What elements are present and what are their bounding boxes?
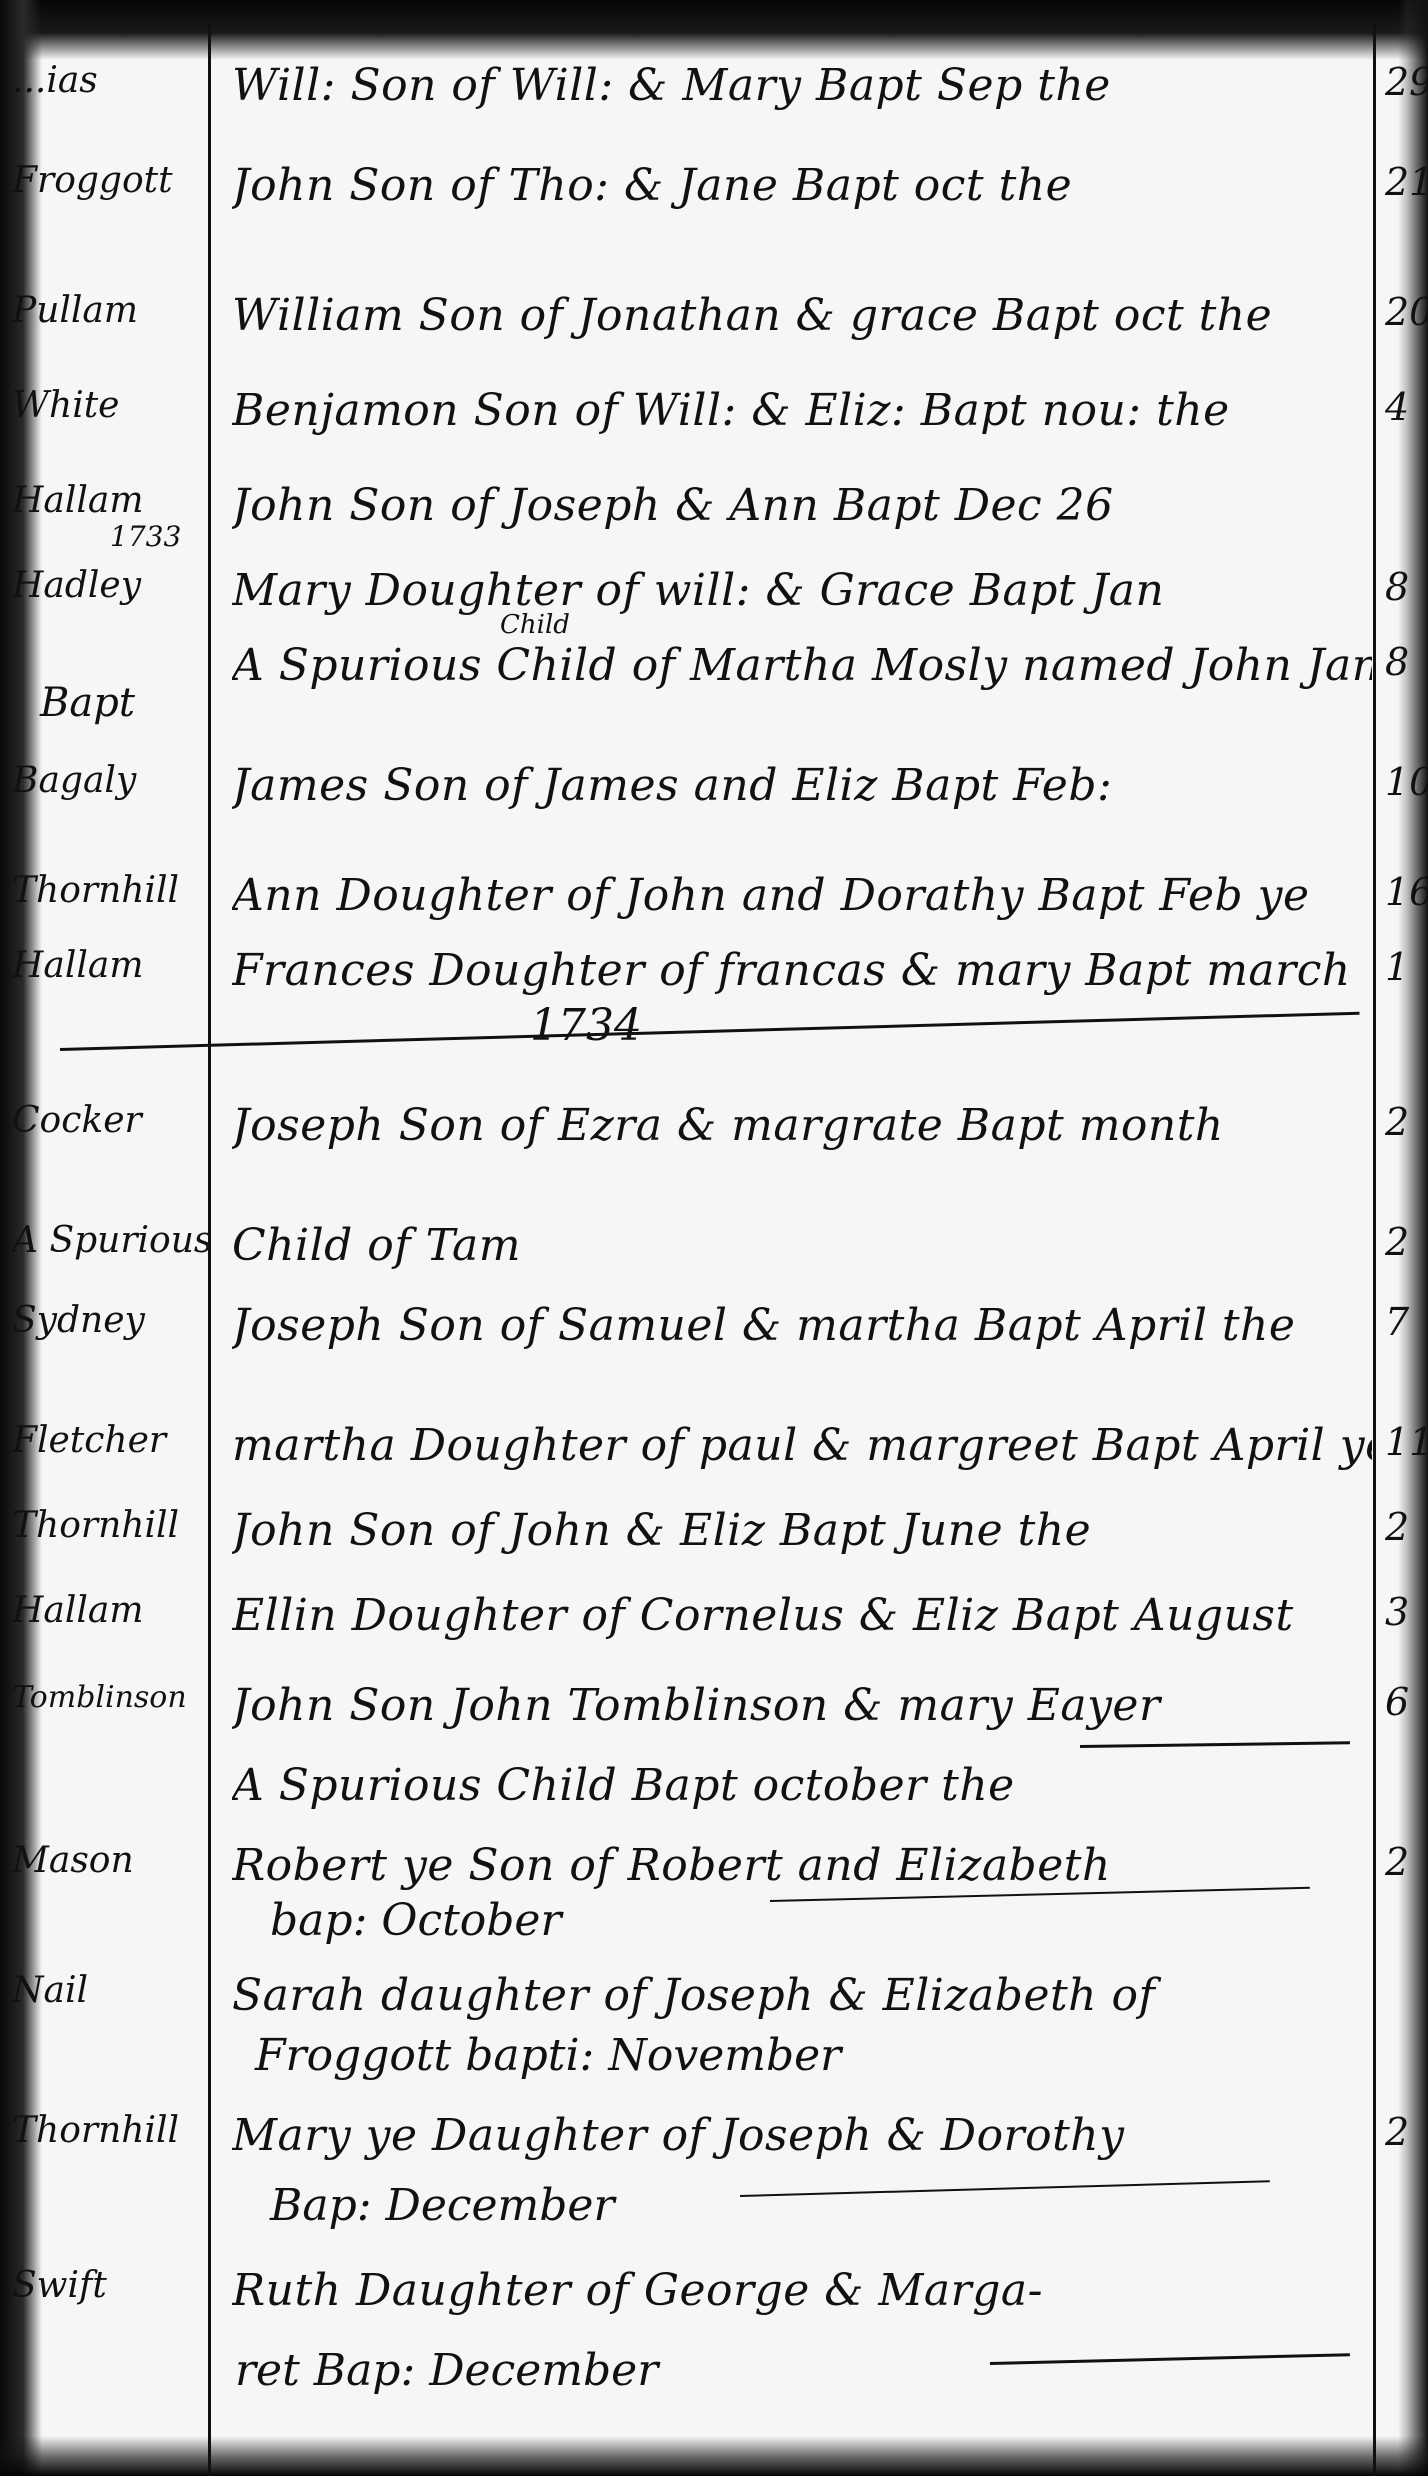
baptism-entry: William Son of Jonathan & grace Bapt oct… [232,290,1372,341]
surname: Fletcher [12,1420,208,1461]
day-number: 16 [1385,870,1428,914]
baptism-entry: Joseph Son of Ezra & margrate Bapt month [232,1100,1372,1151]
entry-continuation: Bap: December [270,2180,615,2231]
entry-continuation: ret Bap: December [235,2345,658,2396]
day-number: 1 [1385,945,1428,989]
margin-rule-left [208,20,211,2476]
baptism-entry: martha Doughter of paul & margreet Bapt … [232,1420,1372,1471]
surname: Nail [12,1970,208,2011]
baptism-entry: John Son of Joseph & Ann Bapt Dec 26 [232,480,1372,531]
surname: Thornhill [12,1505,208,1546]
surname: Mason [12,1840,208,1881]
baptism-entry: Robert ye Son of Robert and Elizabeth [232,1840,1372,1891]
baptism-entry: Mary ye Daughter of Joseph & Dorothy [232,2110,1372,2161]
day-number: 8 [1385,565,1428,609]
register-page: ...ias Will: Son of Will: & Mary Bapt Se… [0,0,1428,2476]
baptism-entry: John Son John Tomblinson & mary Eayer [232,1680,1372,1731]
baptism-entry: A Spurious Child of Martha Mosly named J… [232,640,1372,691]
baptism-entry: Ann Doughter of John and Dorathy Bapt Fe… [232,870,1372,921]
margin-note-bapt: Bapt [40,680,135,726]
margin-year: 1733 [110,520,181,553]
day-number: 29 [1385,60,1428,104]
surname: Hadley [12,565,208,606]
surname: Thornhill [12,870,208,911]
baptism-entry: John Son of John & Eliz Bapt June the [232,1505,1372,1556]
scan-shadow-bottom [0,2436,1428,2476]
surname: Tomblinson [12,1680,208,1715]
surname: Hallam [12,1590,208,1631]
day-number: 11 [1385,1420,1428,1464]
scan-shadow-top [0,0,1428,60]
day-number: 7 [1385,1300,1428,1344]
dash-flourish [740,2180,1270,2197]
baptism-entry: Ruth Daughter of George & Marga- [232,2265,1372,2316]
baptism-entry: Child of Tam [232,1220,1372,1271]
day-number: 21 [1385,160,1428,204]
surname: Pullam [12,290,208,331]
day-number: 2 [1385,2110,1428,2154]
surname: Cocker [12,1100,208,1141]
baptism-entry: James Son of James and Eliz Bapt Feb: [232,760,1372,811]
baptism-entry: Joseph Son of Samuel & martha Bapt April… [232,1300,1372,1351]
surname: ...ias [12,60,208,101]
margin-rule-right [1373,20,1376,2476]
baptism-entry: Sarah daughter of Joseph & Elizabeth of [232,1970,1372,2021]
day-number: 6 [1385,1680,1428,1724]
baptism-entry: Ellin Doughter of Cornelus & Eliz Bapt A… [232,1590,1372,1641]
surname: Hallam [12,945,208,986]
baptism-entry: John Son of Tho: & Jane Bapt oct the [232,160,1372,211]
surname: A Spurious [12,1220,208,1261]
year-divider-line [60,1012,1360,1051]
surname: Bagaly [12,760,208,801]
day-number: 3 [1385,1590,1428,1634]
day-number: 10 [1385,760,1428,804]
day-number: 2 [1385,1220,1428,1264]
surname: Thornhill [12,2110,208,2151]
day-number: 2 [1385,1505,1428,1549]
section-year: 1734 [530,1000,642,1051]
day-number: 4 [1385,385,1428,429]
dash-flourish [1080,1741,1350,1748]
day-number: 2 [1385,1100,1428,1144]
baptism-entry: A Spurious Child Bapt october the [232,1760,1372,1811]
surname: White [12,385,208,426]
baptism-entry: Mary Doughter of will: & Grace Bapt Jan [232,565,1372,616]
surname: Froggott [12,160,208,201]
entry-continuation: Froggott bapti: November [255,2030,841,2081]
day-number: 8 [1385,640,1428,684]
surname: Hallam [12,480,208,521]
day-number: 20 [1385,290,1428,334]
baptism-entry: Will: Son of Will: & Mary Bapt Sep the [232,60,1372,111]
dash-flourish [990,2353,1350,2365]
surname: Swift [12,2265,208,2306]
baptism-entry: Frances Doughter of francas & mary Bapt … [232,945,1372,996]
surname: Sydney [12,1300,208,1341]
entry-continuation: bap: October [270,1895,562,1946]
day-number: 2 [1385,1840,1428,1884]
baptism-entry: Benjamon Son of Will: & Eliz: Bapt nou: … [232,385,1372,436]
interlinear-insertion: Child [500,610,570,640]
